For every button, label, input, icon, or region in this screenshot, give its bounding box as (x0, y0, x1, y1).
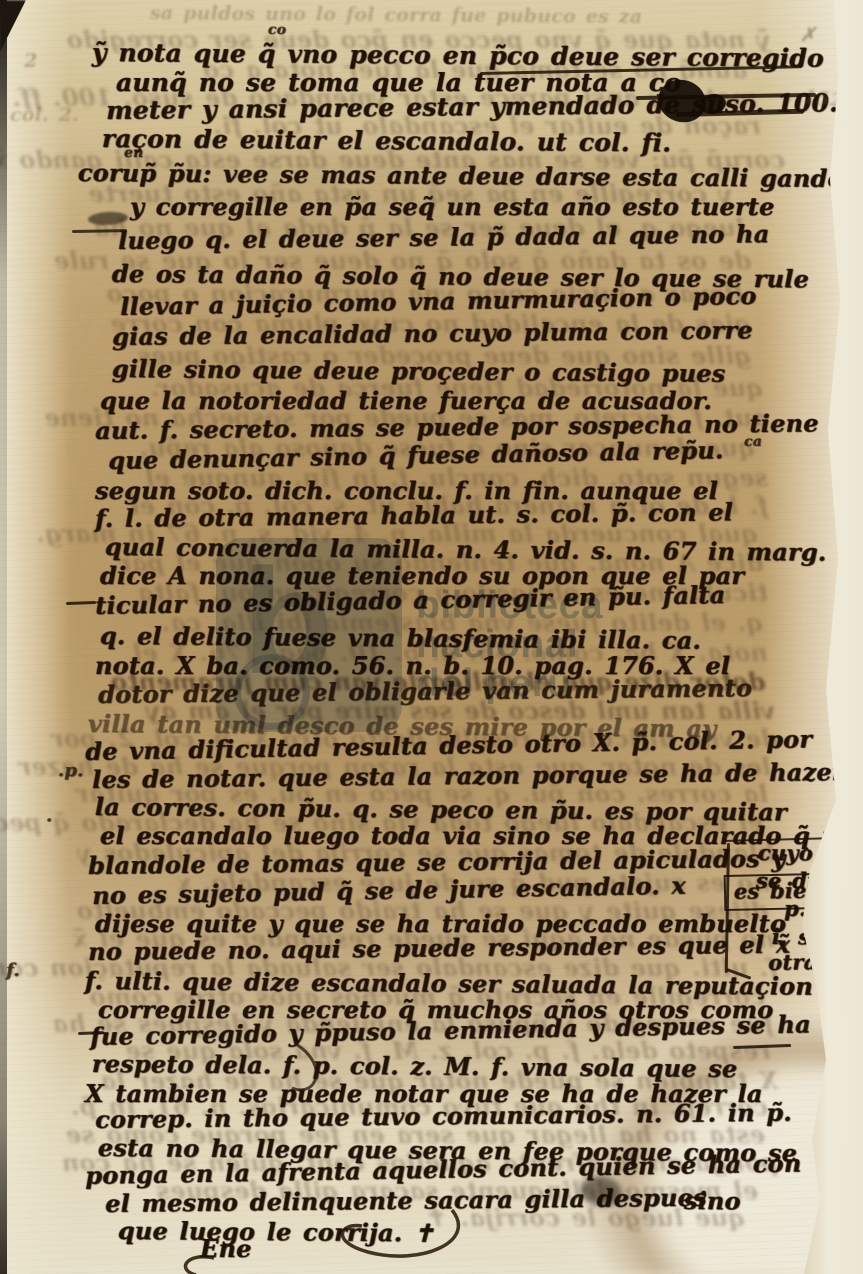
gutter-shadow (0, 0, 7, 1274)
ink-blot (578, 1173, 625, 1210)
library-watermark: b biblioteca nacional del perú (216, 538, 636, 738)
watermark-logo-ring (234, 654, 310, 730)
watermark-text: biblioteca nacional del perú (416, 586, 603, 703)
ink-blot (88, 211, 129, 226)
watermark-line-2: nacional (416, 625, 603, 664)
manuscript-page: ỹ nota que q̃ vno pecco en p̃co deue ser… (0, 0, 863, 1274)
watermark-line-3: del perú (416, 664, 603, 703)
watermark-line-1: biblioteca (416, 586, 603, 625)
watermark-logo-block: b (216, 538, 402, 732)
